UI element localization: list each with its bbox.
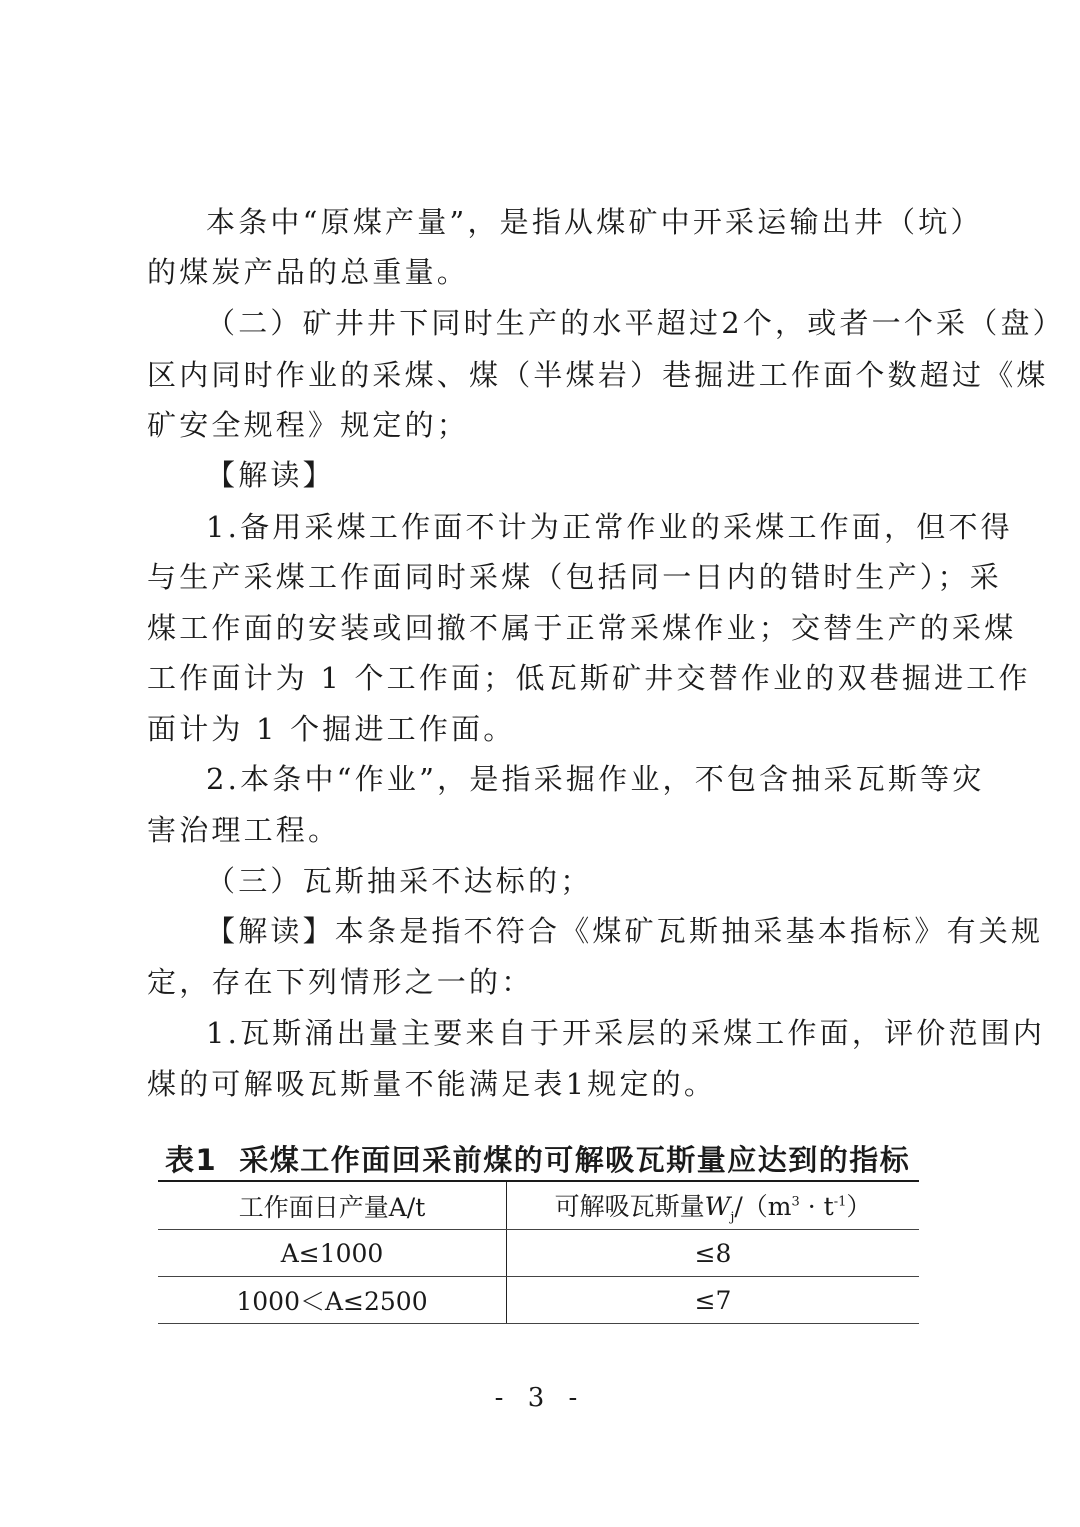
paragraph-line: 本条中“原煤产量”，是指从煤矿中开采运输出井（坑） [206, 205, 946, 239]
paragraph-line: 区内同时作业的采煤、煤（半煤岩）巷掘进工作面个数超过《煤 [147, 358, 947, 392]
gas-indicator-table: 工作面日产量A/t 可解吸瓦斯量Wj/（m3 · t-1） A≤1000 ≤8 … [158, 1180, 919, 1324]
header-gas-label: 可解吸瓦斯量 [555, 1192, 705, 1221]
table-header-row: 工作面日产量A/t 可解吸瓦斯量Wj/（m3 · t-1） [158, 1181, 919, 1230]
table-caption: 表1采煤工作面回采前煤的可解吸瓦斯量应达到的指标 [165, 1138, 910, 1179]
section-heading-3: （三）瓦斯抽采不达标的； [206, 864, 946, 898]
header-gas-unit: /（m [734, 1192, 791, 1221]
cell-production: 1000＜A≤2500 [158, 1277, 507, 1324]
cell-gas: ≤8 [507, 1230, 920, 1277]
cell-production: A≤1000 [158, 1230, 507, 1277]
paragraph-line: 【解读】本条是指不符合《煤矿瓦斯抽采基本指标》有关规 [206, 914, 946, 948]
paragraph-line: 工作面计为 1 个工作面；低瓦斯矿井交替作业的双巷掘进工作 [147, 661, 947, 695]
page-number: - 3 - [0, 1383, 1080, 1413]
paragraph-line: 矿安全规程》规定的； [147, 408, 947, 442]
paragraph-line: 的煤炭产品的总重量。 [147, 255, 947, 289]
table-caption-title: 采煤工作面回采前煤的可解吸瓦斯量应达到的指标 [239, 1143, 910, 1177]
paragraph-line: 煤的可解吸瓦斯量不能满足表1规定的。 [147, 1067, 947, 1101]
paragraph-line: 1.瓦斯涌出量主要来自于开采层的采煤工作面，评价范围内 [206, 1016, 946, 1050]
interpretation-label: 【解读】 [206, 458, 946, 492]
paragraph-line: 与生产采煤工作面同时采煤（包括同一日内的错时生产）；采 [147, 560, 947, 594]
header-gas-unit-exp: -1 [834, 1194, 847, 1209]
header-production: 工作面日产量A/t [158, 1181, 507, 1230]
header-gas-unit: ） [846, 1192, 871, 1221]
paragraph-line: 2.本条中“作业”，是指采掘作业，不包含抽采瓦斯等灾 [206, 762, 946, 796]
header-gas-variable: W [705, 1192, 731, 1221]
cell-gas: ≤7 [507, 1277, 920, 1324]
paragraph-line: 1.备用采煤工作面不计为正常作业的采煤工作面，但不得 [206, 510, 946, 544]
header-gas: 可解吸瓦斯量Wj/（m3 · t-1） [507, 1181, 920, 1230]
paragraph-line: 煤工作面的安装或回撤不属于正常采煤作业；交替生产的采煤 [147, 611, 947, 645]
section-heading-2: （二）矿井井下同时生产的水平超过2个，或者一个采（盘） [206, 306, 946, 340]
paragraph-line: 定，存在下列情形之一的： [147, 965, 947, 999]
paragraph-line: 面计为 1 个掘进工作面。 [147, 712, 947, 746]
table-row: 1000＜A≤2500 ≤7 [158, 1277, 919, 1324]
table-caption-number: 表1 [165, 1143, 217, 1177]
table-row: A≤1000 ≤8 [158, 1230, 919, 1277]
paragraph-line: 害治理工程。 [147, 813, 947, 847]
header-gas-unit-exp: 3 [792, 1194, 800, 1209]
header-gas-unit: · t [800, 1192, 834, 1221]
